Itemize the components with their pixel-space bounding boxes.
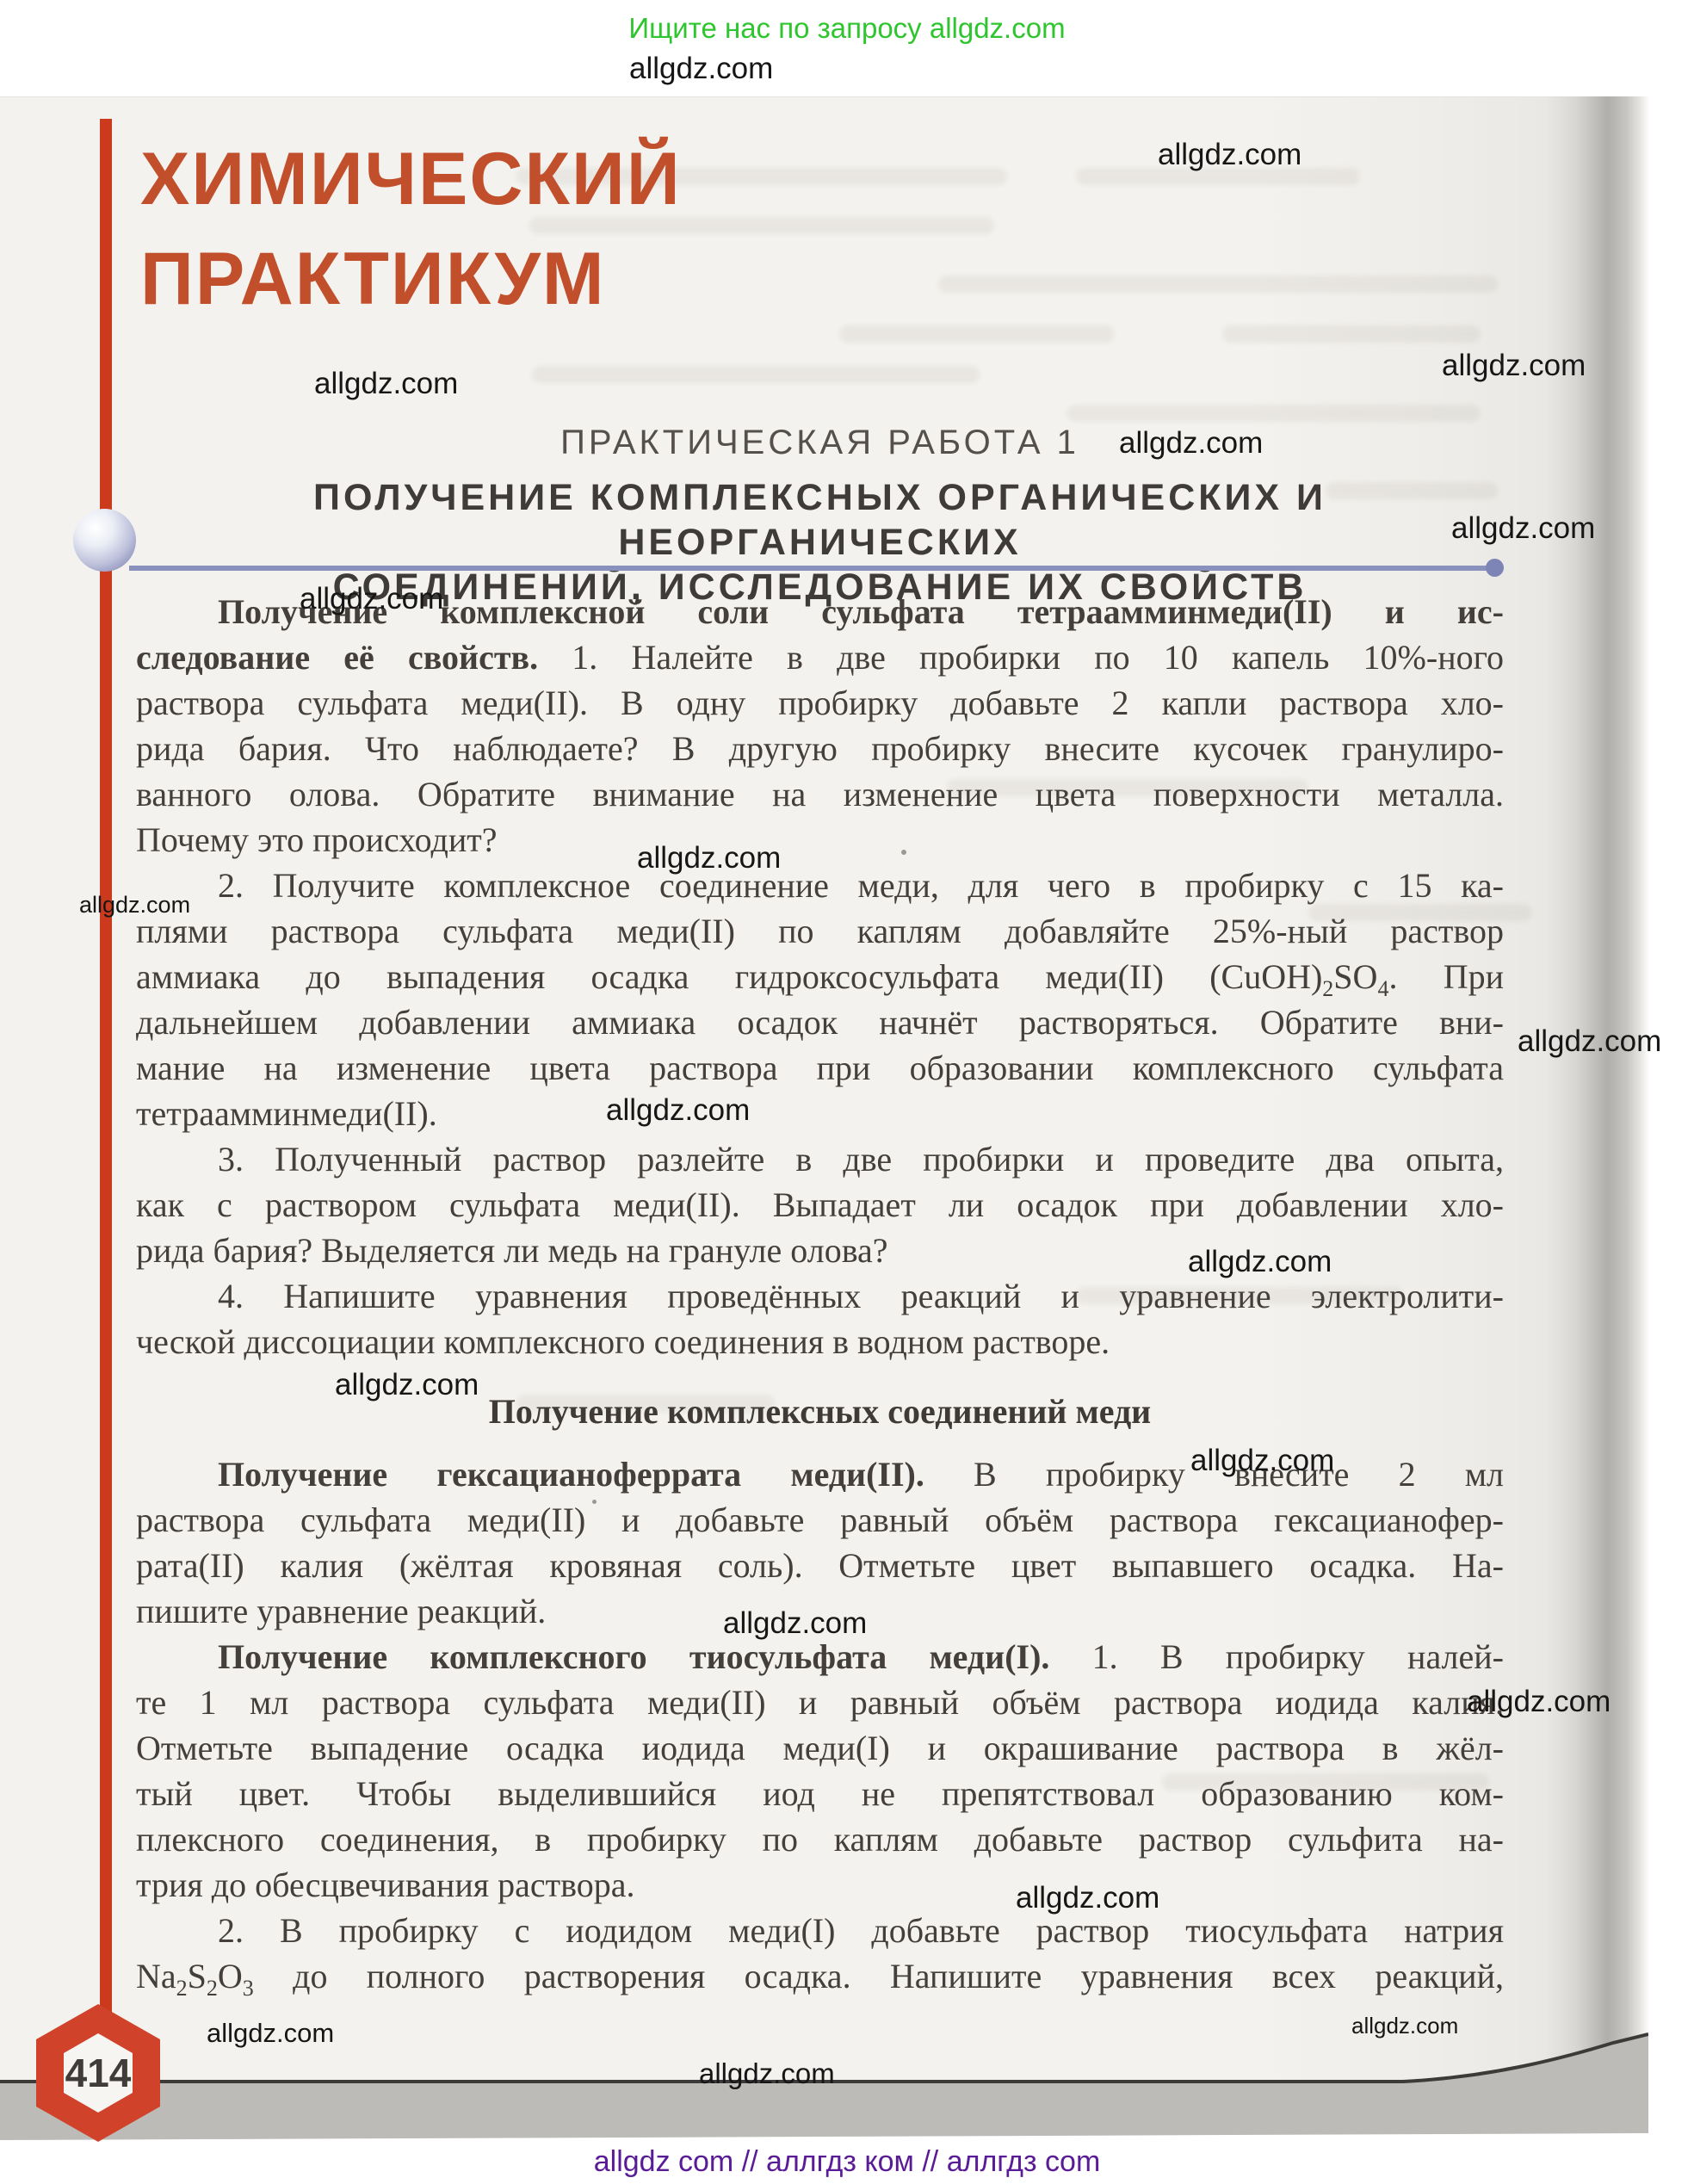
text-segment: 1. Налейте в две пробирки по 10 капель 1… <box>572 638 1504 677</box>
text-segment: S <box>188 1957 207 1995</box>
body-line: тый цвет. Чтобы выделившийся иод не преп… <box>136 1771 1504 1816</box>
ghost-text <box>532 366 980 383</box>
subscript: 3 <box>243 1976 254 2001</box>
watermark: allgdz.com <box>637 841 781 875</box>
text-segment: Получение комплексного тиосульфата меди(… <box>218 1637 1092 1676</box>
text-segment: ванного олова. Обратите внимание на изме… <box>136 775 1504 814</box>
watermark: allgdz.com <box>1119 426 1263 461</box>
text-segment: 4. Напишите уравнения проведённых реакци… <box>218 1277 1504 1315</box>
body-line: раствора сульфата меди(II). В одну проби… <box>136 680 1504 726</box>
text-segment: пишите уравнение реакций. <box>136 1592 546 1630</box>
watermark: allgdz.com <box>79 892 190 919</box>
text-segment: тетраамминмеди(II). <box>136 1094 437 1133</box>
text-segment: плексного соединения, в пробирку по капл… <box>136 1820 1504 1859</box>
body-line: Na2S2O3 до полного растворения осадка. Н… <box>136 1953 1504 1999</box>
watermark: allgdz.com <box>1351 2013 1458 2039</box>
text-segment: Na <box>136 1957 176 1995</box>
watermark: allgdz.com <box>1188 1245 1332 1279</box>
ornament-divider-sphere <box>73 509 136 572</box>
text-segment: 2. Получите комплексное соединение меди,… <box>218 866 1504 905</box>
body-line: мание на изменение цвета раствора при об… <box>136 1045 1504 1091</box>
body-line: рида бария. Что наблюдаете? В другую про… <box>136 726 1504 771</box>
text-segment: дальнейшем добавлении аммиака осадок нач… <box>136 1003 1504 1042</box>
text-segment: 1. В пробирку налей- <box>1092 1637 1504 1676</box>
text-segment: SO <box>1333 957 1377 996</box>
watermark: allgdz.com <box>699 2057 835 2090</box>
text-segment: O <box>218 1957 243 1995</box>
text-segment: 2. В пробирку с иодидом меди(I) добавьте… <box>218 1911 1504 1950</box>
watermark: allgdz.com <box>723 1606 867 1641</box>
body-line: дальнейшем добавлении аммиака осадок нач… <box>136 999 1504 1045</box>
subscript: 4 <box>1377 976 1388 1001</box>
page-number: 414 <box>65 2051 132 2095</box>
watermark: allgdz.com <box>207 2018 334 2049</box>
text-segment: . При <box>1388 957 1504 996</box>
text-segment: раствора сульфата меди(II). В одну проби… <box>136 684 1504 722</box>
book-edge-shadow <box>1545 96 1649 2081</box>
paragraph: Получение комплексного тиосульфата меди(… <box>136 1634 1504 1908</box>
body-line: 3. Полученный раствор разлейте в две про… <box>136 1136 1504 1182</box>
paragraph: Получение комплексной соли сульфата тетр… <box>136 589 1504 863</box>
body-line: 4. Напишите уравнения проведённых реакци… <box>136 1273 1504 1319</box>
chapter-title: ХИМИЧЕСКИЙ ПРАКТИКУМ <box>140 129 682 329</box>
text-segment: до полного растворения осадка. Напишите … <box>254 1957 1504 1995</box>
text-segment: рида бария? Выделяется ли медь на гранул… <box>136 1231 888 1270</box>
paragraph: 2. Получите комплексное соединение меди,… <box>136 863 1504 1136</box>
chapter-title-line: ПРАКТИКУМ <box>140 229 682 329</box>
body-text: Получение комплексной соли сульфата тетр… <box>136 589 1504 1999</box>
text-segment: те 1 мл раствора сульфата меди(II) и рав… <box>136 1683 1504 1722</box>
ornament-divider-end-dot <box>1486 559 1504 577</box>
body-line: Отметьте выпадение осадка иодида меди(I)… <box>136 1725 1504 1771</box>
body-line: следование её свойств. 1. Налейте в две … <box>136 634 1504 680</box>
watermark: allgdz.com <box>1158 138 1301 172</box>
page-shadow-band <box>0 2082 1648 2140</box>
paragraph: 2. В пробирку с иодидом меди(I) добавьте… <box>136 1908 1504 1999</box>
body-line: те 1 мл раствора сульфата меди(II) и рав… <box>136 1680 1504 1725</box>
watermark: allgdz.com <box>606 1093 750 1128</box>
ghost-text <box>839 325 1115 343</box>
ghost-text <box>1222 325 1481 343</box>
body-line: ванного олова. Обратите внимание на изме… <box>136 771 1504 817</box>
subscript: 2 <box>1322 976 1333 1001</box>
page-number-badge: 414 <box>34 2002 162 2144</box>
subscript: 2 <box>207 1976 218 2001</box>
watermark: allgdz.com <box>335 1368 479 1402</box>
text-segment: рата(II) калия (жёлтая кровяная соль). О… <box>136 1546 1504 1585</box>
body-line: аммиака до выпадения осадка гидроксосуль… <box>136 954 1504 999</box>
promo-banner: Ищите нас по запросу allgdz.com <box>0 12 1694 45</box>
text-segment: мание на изменение цвета раствора при об… <box>136 1049 1504 1087</box>
watermark: allgdz.com <box>629 52 773 86</box>
watermark: allgdz.com <box>1467 1685 1611 1719</box>
footer-watermark: allgdz com // аллгдз ком // аллгдз com <box>0 2145 1694 2179</box>
body-line: тетраамминмеди(II). <box>136 1091 1504 1136</box>
body-line: плями раствора сульфата меди(II) по капл… <box>136 908 1504 954</box>
watermark: allgdz.com <box>1518 1024 1661 1059</box>
page-corner-shadow <box>1403 2034 1648 2082</box>
body-line: ческой диссоциации комплексного соединен… <box>136 1319 1504 1364</box>
body-line: как с раствором сульфата меди(II). Выпад… <box>136 1182 1504 1228</box>
ornament-divider-line <box>129 566 1491 571</box>
practical-work-kicker: ПРАКТИЧЕСКАЯ РАБОТА 1 <box>136 424 1504 462</box>
body-line: трия до обесцвечивания раствора. <box>136 1862 1504 1908</box>
text-segment: аммиака до выпадения осадка гидроксосуль… <box>136 957 1322 996</box>
body-line: 2. Получите комплексное соединение меди,… <box>136 863 1504 908</box>
watermark: allgdz.com <box>300 582 443 616</box>
text-segment: ческой диссоциации комплексного соединен… <box>136 1322 1110 1361</box>
watermark: allgdz.com <box>1442 349 1586 383</box>
body-line: Почему это происходит? <box>136 817 1504 863</box>
text-segment: трия до обесцвечивания раствора. <box>136 1865 634 1904</box>
text-segment: тый цвет. Чтобы выделившийся иод не преп… <box>136 1774 1504 1813</box>
text-segment: Отметьте выпадение осадка иодида меди(I)… <box>136 1729 1504 1767</box>
text-segment: как с раствором сульфата меди(II). Выпад… <box>136 1185 1504 1224</box>
red-vertical-rule <box>100 119 112 2013</box>
ghost-text <box>1067 405 1481 422</box>
watermark: allgdz.com <box>1190 1444 1334 1478</box>
ghost-text <box>938 275 1498 293</box>
body-line: 2. В пробирку с иодидом меди(I) добавьте… <box>136 1908 1504 1953</box>
text-segment: раствора сульфата меди(II) и добавьте ра… <box>136 1500 1504 1539</box>
body-line: плексного соединения, в пробирку по капл… <box>136 1816 1504 1862</box>
paragraph: 4. Напишите уравнения проведённых реакци… <box>136 1273 1504 1364</box>
text-segment: 3. Полученный раствор разлейте в две про… <box>218 1140 1504 1179</box>
scanned-textbook-page: Ищите нас по запросу allgdz.com ХИМИЧЕСК… <box>0 0 1694 2184</box>
text-segment: плями раствора сульфата меди(II) по капл… <box>136 912 1504 950</box>
text-segment: рида бария. Что наблюдаете? В другую про… <box>136 729 1504 768</box>
watermark: allgdz.com <box>1451 511 1595 546</box>
watermark: allgdz.com <box>314 367 458 401</box>
chapter-title-line: ХИМИЧЕСКИЙ <box>140 129 682 229</box>
text-segment: следование её свойств. <box>136 638 572 677</box>
section-heading-line: ПОЛУЧЕНИЕ КОМПЛЕКСНЫХ ОРГАНИЧЕСКИХ И НЕО… <box>136 475 1504 565</box>
text-segment: Почему это происходит? <box>136 820 498 859</box>
body-line: раствора сульфата меди(II) и добавьте ра… <box>136 1497 1504 1543</box>
watermark: allgdz.com <box>1016 1881 1159 1915</box>
text-segment: Получение гексацианоферрата меди(II). <box>218 1455 974 1494</box>
subscript: 2 <box>176 1976 188 2001</box>
body-line: рата(II) калия (жёлтая кровяная соль). О… <box>136 1543 1504 1588</box>
